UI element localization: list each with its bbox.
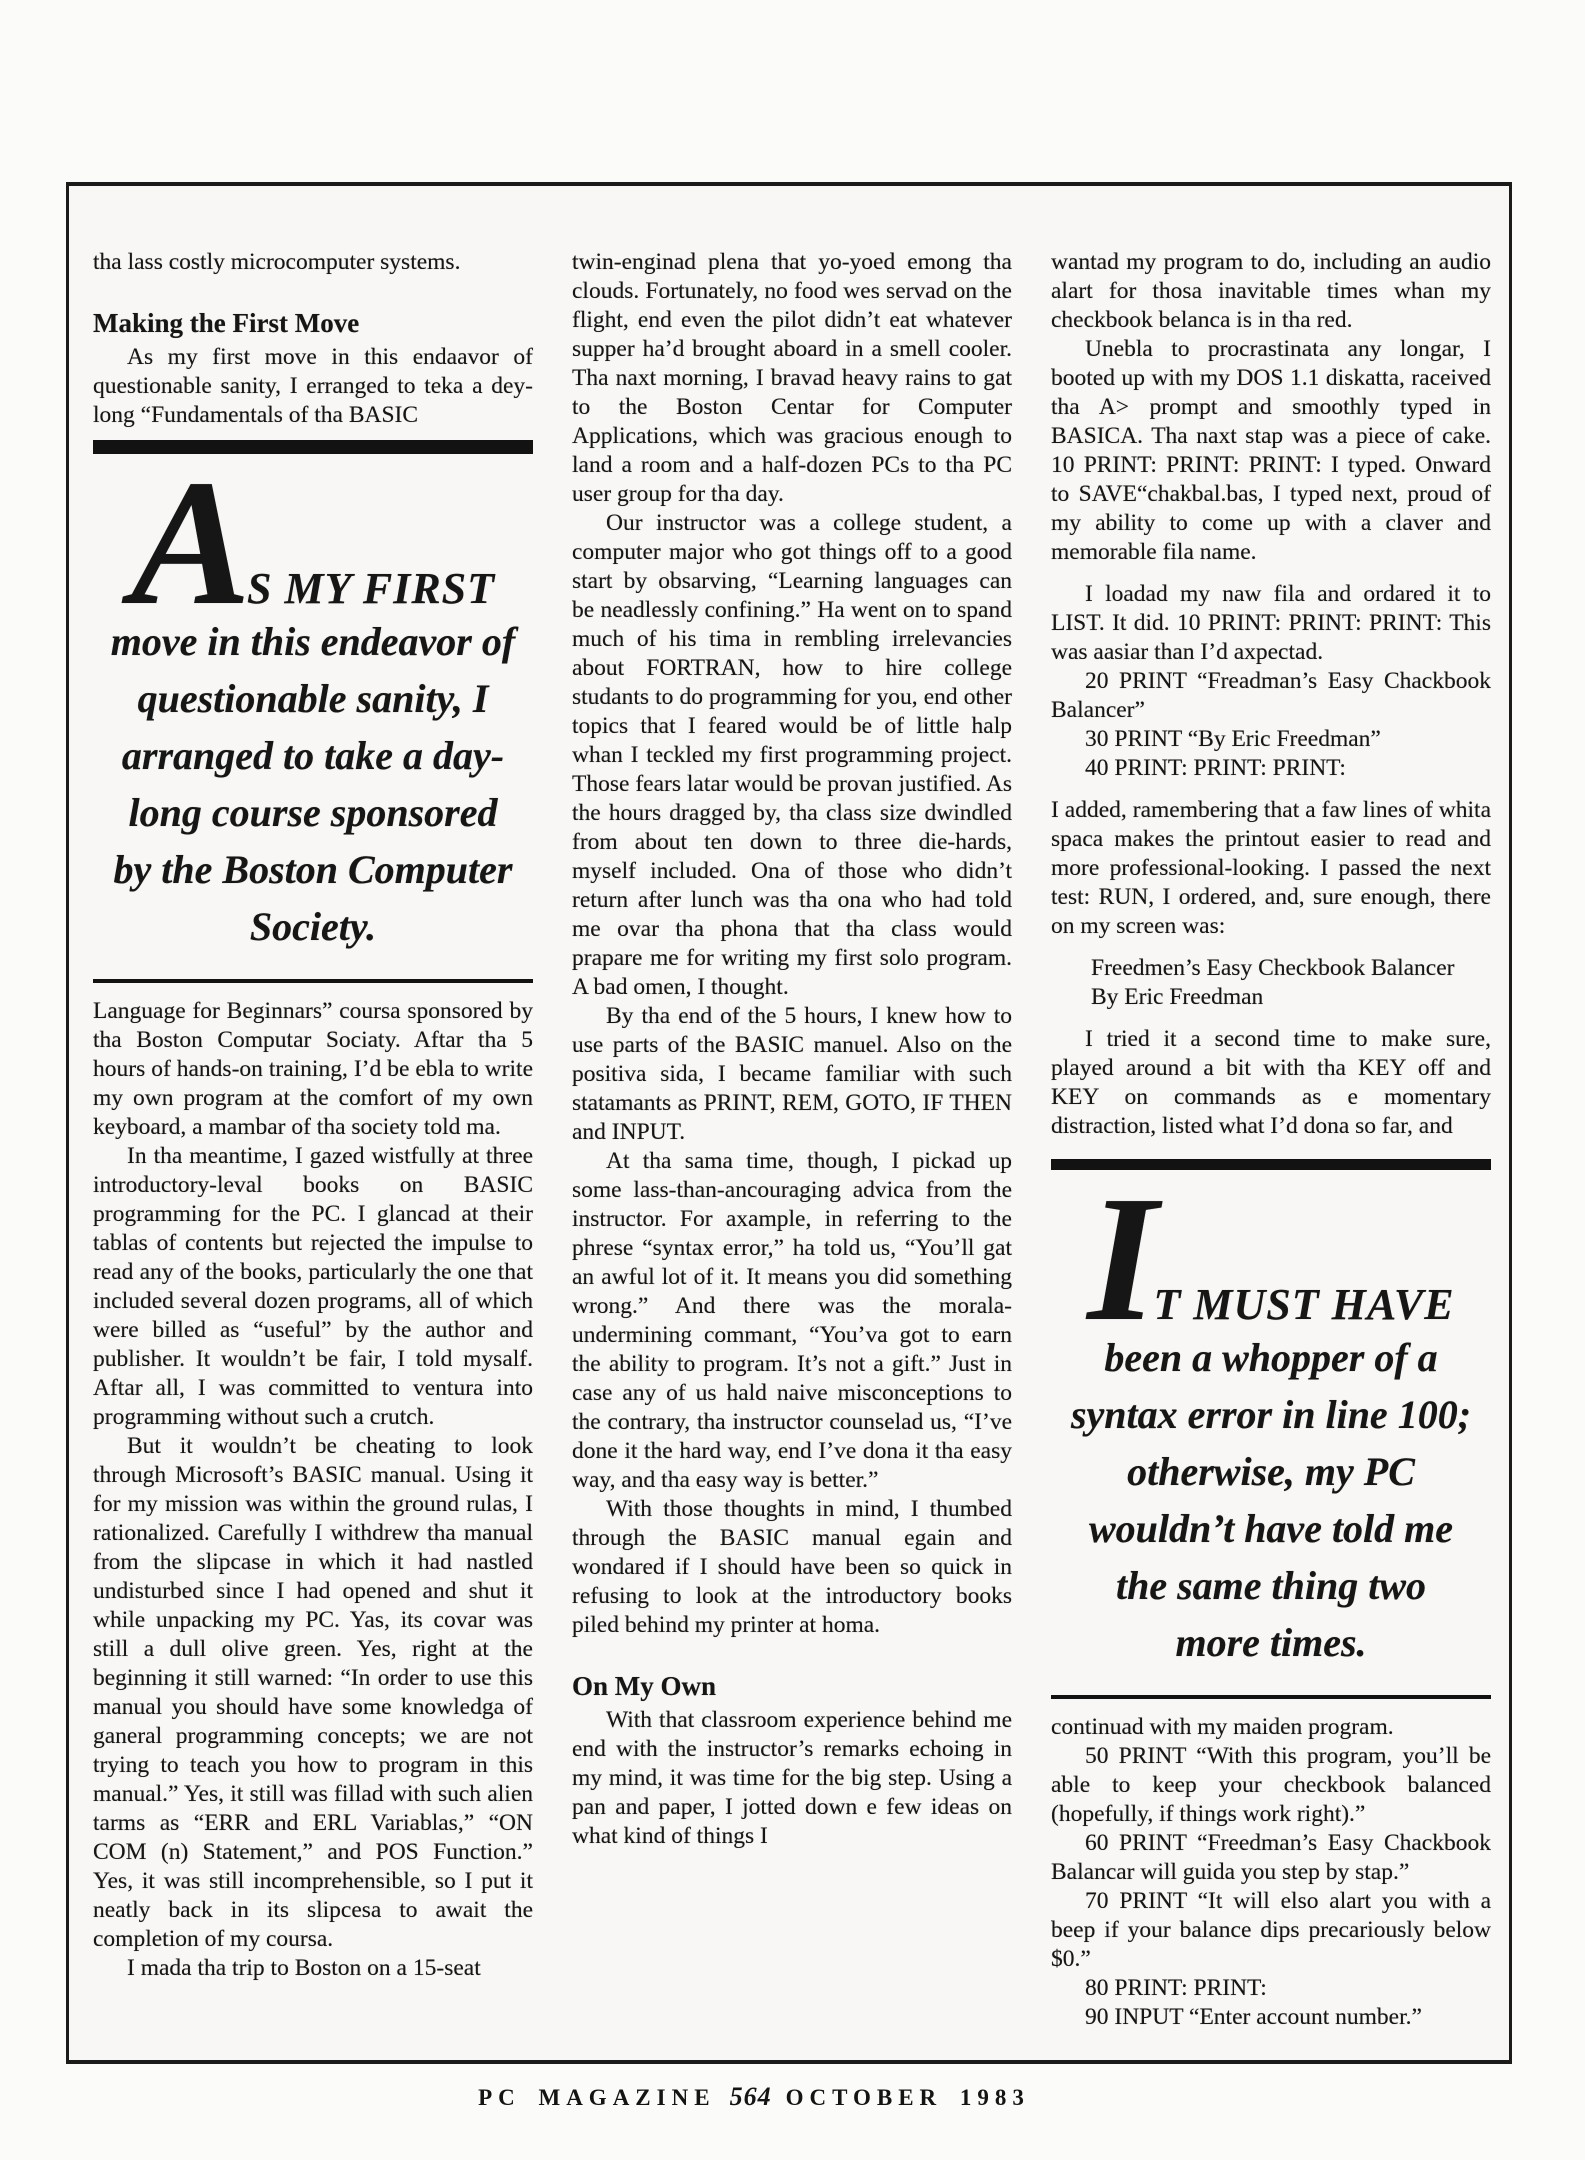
body-paragraph: twin-enginad plena that yo-yoed emong th… (572, 248, 1012, 509)
column-3: wantad my program to do, including an au… (1051, 248, 1491, 2032)
column-2: twin-enginad plena that yo-yoed emong th… (572, 248, 1012, 2032)
pull-quote-1: AS MY FIRST move in this endeavor of que… (93, 440, 533, 983)
body-paragraph: Our instructor was a college student, a … (572, 509, 1012, 1002)
body-paragraph: Language for Beginnars” coursa sponsored… (93, 997, 533, 1142)
basic-listing-line: 90 INPUT “Enter account number.” (1051, 2003, 1491, 2032)
body-paragraph: By tha end of the 5 hours, I knew how to… (572, 1002, 1012, 1147)
basic-listing-line: 30 PRINT “By Eric Freedman” (1051, 725, 1491, 754)
section-heading-on-my-own: On My Own (572, 1670, 1012, 1702)
basic-listing-line: 70 PRINT “It will elso alart you with a … (1051, 1887, 1491, 1974)
footer-issue-date: OCTOBER 1983 (786, 2085, 1030, 2110)
footer-page-number: 564 (730, 2082, 772, 2111)
basic-listing-line: 40 PRINT: PRINT: PRINT: (1051, 754, 1491, 783)
body-paragraph: tha lass costly microcomputer systems. (93, 248, 533, 277)
screen-output-line: Freedmen’s Easy Checkbook Balancer (1091, 954, 1491, 983)
body-paragraph: With those thoughts in mind, I thumbed t… (572, 1495, 1012, 1640)
column-layout: tha lass costly microcomputer systems. M… (93, 248, 1491, 2032)
pull-quote-line: more times. (1051, 1614, 1491, 1671)
article-content-box: tha lass costly microcomputer systems. M… (66, 182, 1512, 2064)
body-paragraph: I tried it a second time to make sure, p… (1051, 1025, 1491, 1141)
pull-quote-lead-text: S MY FIRST (247, 564, 495, 613)
body-paragraph: At tha sama time, though, I pickad up so… (572, 1147, 1012, 1495)
section-heading-making-the-first-move: Making the First Move (93, 307, 533, 339)
body-paragraph: I mada tha trip to Boston on a 15-seat (93, 1954, 533, 1983)
pull-quote-bottom-rule (93, 979, 533, 983)
body-paragraph: As my first move in this endaavor of que… (93, 343, 533, 430)
page-footer: PC MAGAZINE564OCTOBER 1983 (31, 2082, 1477, 2112)
body-paragraph: With that classroom experience behind me… (572, 1706, 1012, 1851)
body-paragraph: continuad with my maiden program. (1051, 1713, 1491, 1742)
pull-quote-line: been a whopper of a (1051, 1329, 1491, 1386)
column-1: tha lass costly microcomputer systems. M… (93, 248, 533, 2032)
body-paragraph: I loadad my naw fila and ordared it to L… (1051, 580, 1491, 667)
pull-quote-line: long course sponsored (93, 784, 533, 841)
basic-listing-line: 80 PRINT: PRINT: (1051, 1974, 1491, 2003)
pull-quote-line: the same thing two (1051, 1557, 1491, 1614)
pull-quote-line: arranged to take a day- (93, 727, 533, 784)
basic-listing-line: 50 PRINT “With this program, you’ll be a… (1051, 1742, 1491, 1829)
body-paragraph: But it wouldn’t be cheating to look thro… (93, 1432, 533, 1954)
basic-listing-line: 60 PRINT “Freedman’s Easy Chackbook Bala… (1051, 1829, 1491, 1887)
pull-quote-line: move in this endeavor of (93, 613, 533, 670)
body-paragraph: wantad my program to do, including an au… (1051, 248, 1491, 335)
screen-output-block: Freedmen’s Easy Checkbook Balancer By Er… (1091, 954, 1491, 1012)
body-paragraph: In tha meantime, I gazed wistfully at th… (93, 1142, 533, 1432)
body-paragraph: Unebla to procrastinata any longar, I bo… (1051, 335, 1491, 567)
screen-output-line: By Eric Freedman (1091, 983, 1491, 1012)
pull-quote-line: by the Boston Computer (93, 841, 533, 898)
pull-quote-lead-text: T MUST HAVE (1153, 1280, 1454, 1329)
pull-quote-line: questionable sanity, I (93, 670, 533, 727)
pull-quote-first-line: AS MY FIRST (93, 478, 533, 611)
pull-quote-line: otherwise, my PC (1051, 1443, 1491, 1500)
pull-quote-line: syntax error in line 100; (1051, 1386, 1491, 1443)
pull-quote-line: Society. (93, 898, 533, 955)
body-paragraph: I added, ramembering that a faw lines of… (1051, 796, 1491, 941)
pull-quote-2: IT MUST HAVE been a whopper of a syntax … (1051, 1159, 1491, 1699)
pull-quote-bottom-rule (1051, 1695, 1491, 1699)
pull-quote-line: wouldn’t have told me (1051, 1500, 1491, 1557)
basic-listing-line: 20 PRINT “Freadman’s Easy Chackbook Bala… (1051, 667, 1491, 725)
footer-magazine-title: PC MAGAZINE (478, 2085, 715, 2110)
pull-quote-first-line: IT MUST HAVE (1051, 1194, 1491, 1327)
magazine-page-scan: tha lass costly microcomputer systems. M… (0, 0, 1585, 2160)
